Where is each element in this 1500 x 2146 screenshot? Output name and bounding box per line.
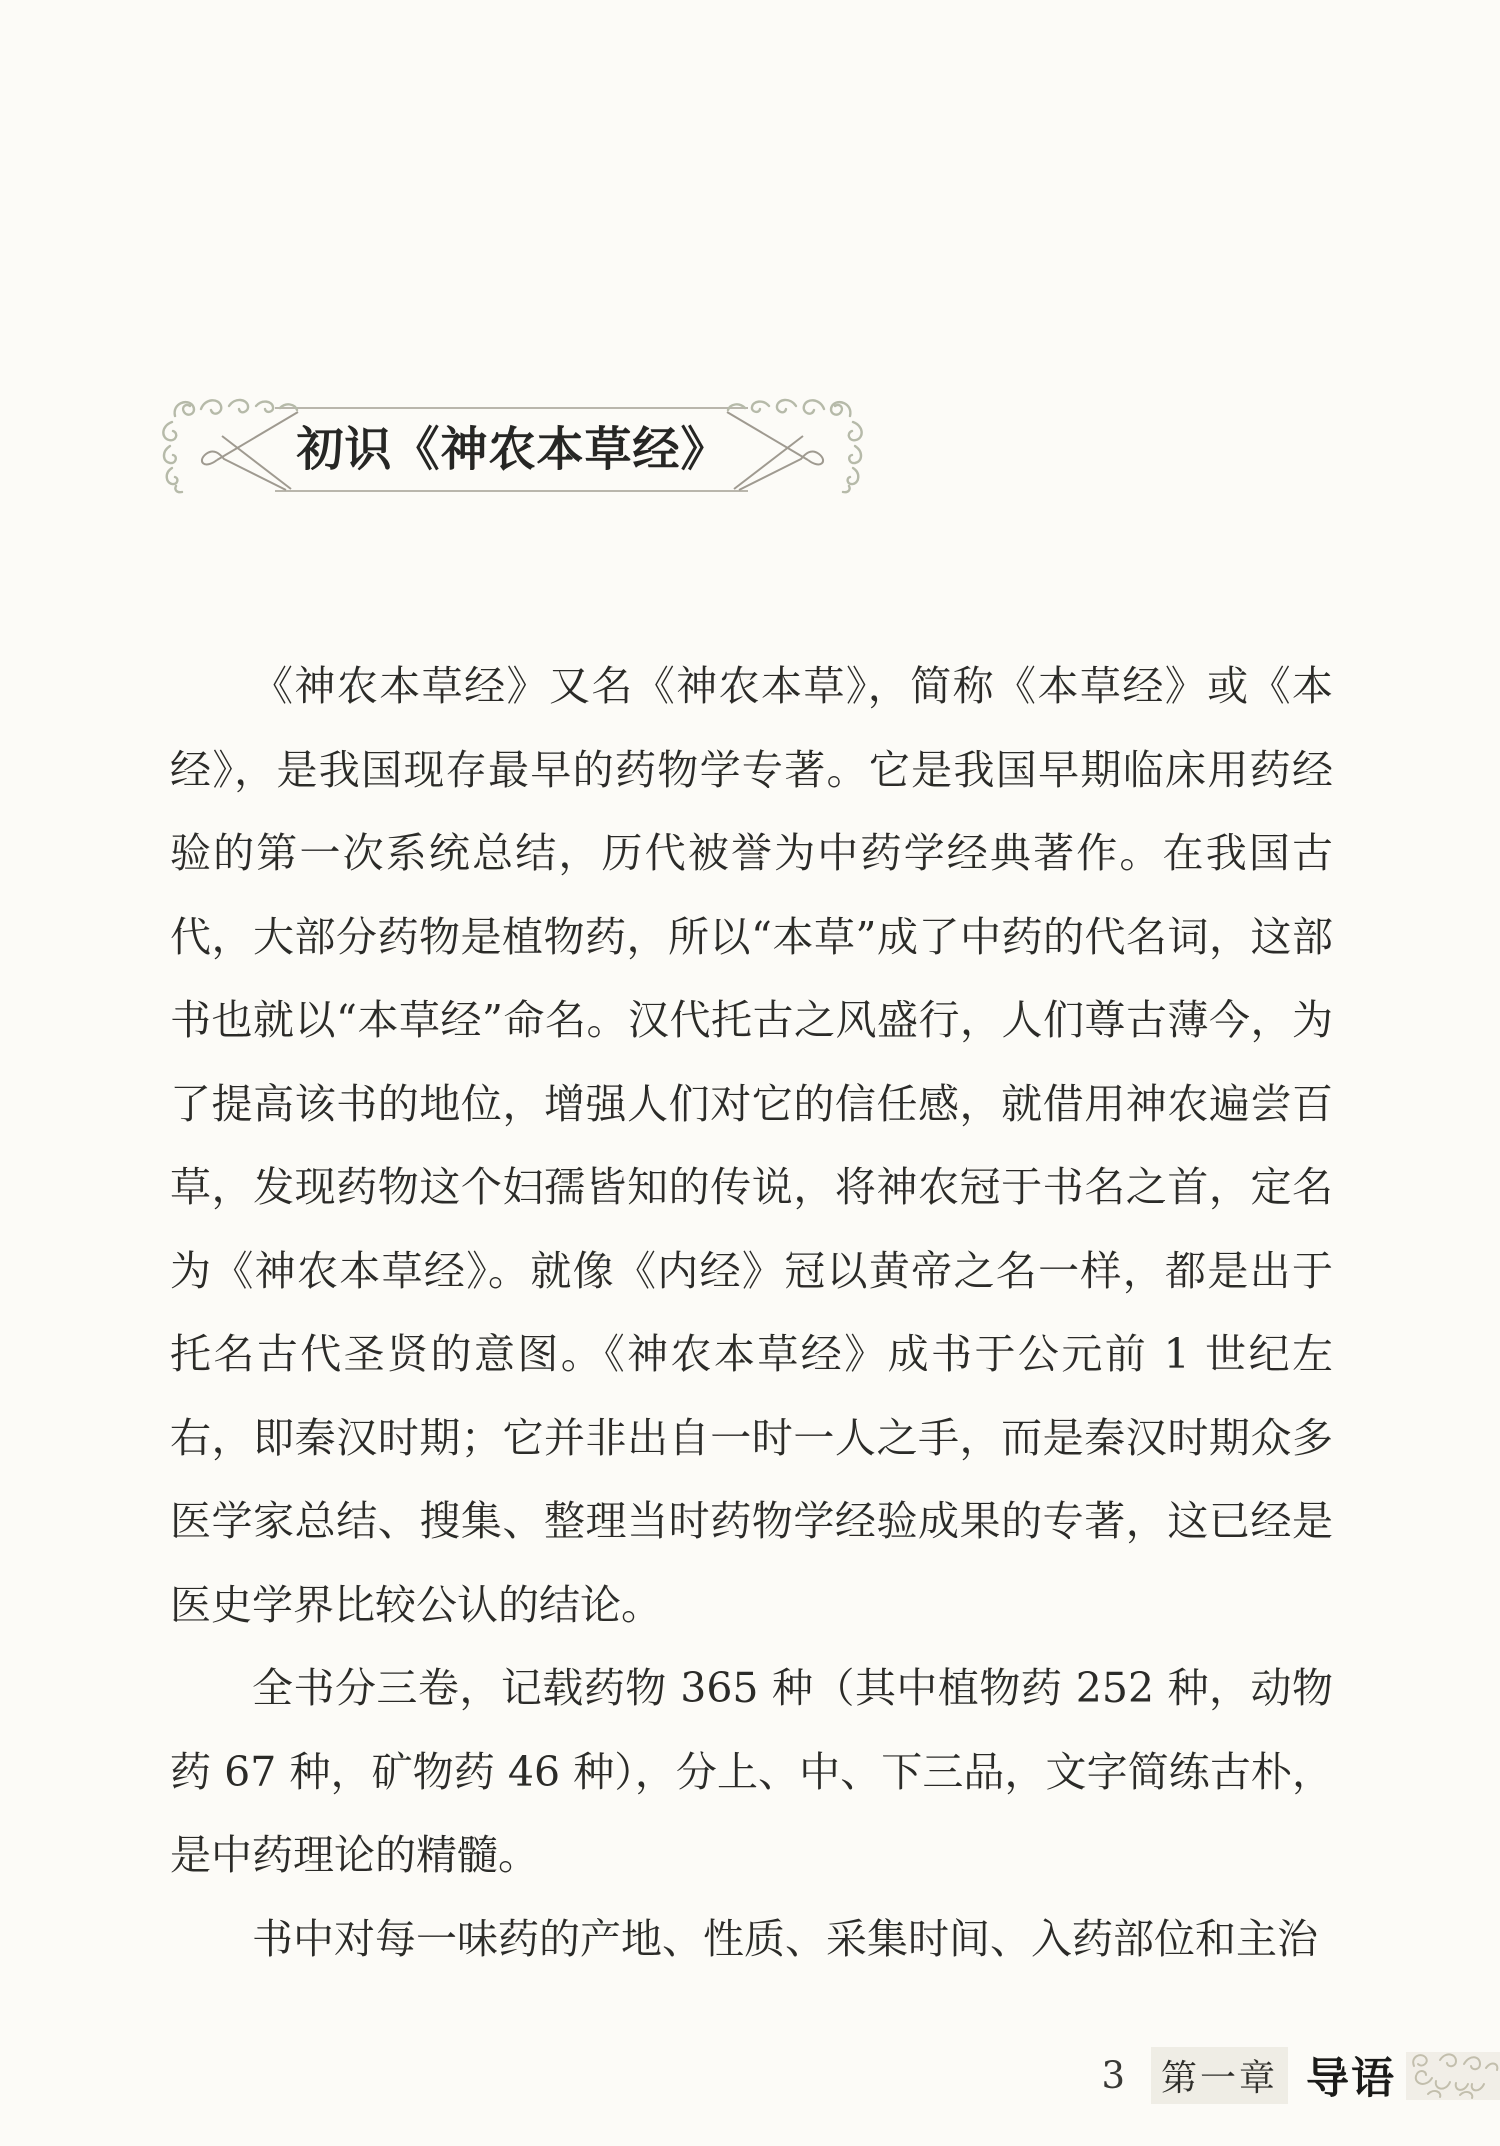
page-number: 3	[1101, 2054, 1125, 2097]
paragraph-3: 书中对每一味药的产地、性质、采集时间、入药部位和主治	[170, 1898, 1333, 1982]
section-label: 导语	[1306, 2045, 1396, 2106]
page-footer: 3 第一章 导语	[1101, 2044, 1500, 2106]
book-page: 初识《神农本草经》 《神农本草经》又名《神农本草》，简称《本草经》或《本经》，是…	[0, 0, 1500, 2146]
body-text: 《神农本草经》又名《神农本草》，简称《本草经》或《本经》，是我国现存最早的药物学…	[170, 645, 1333, 1981]
chapter-label: 第一章	[1151, 2047, 1288, 2104]
title-banner: 初识《神农本草经》	[165, 400, 860, 495]
banner-hairline-top	[275, 407, 748, 409]
paragraph-1: 《神农本草经》又名《神农本草》，简称《本草经》或《本经》，是我国现存最早的药物学…	[170, 645, 1333, 1647]
paragraph-2: 全书分三卷，记载药物 365 种（其中植物药 252 种，动物药 67 种，矿物…	[170, 1647, 1333, 1898]
page-title: 初识《神农本草经》	[165, 412, 860, 479]
footer-ornament-icon	[1406, 2048, 1500, 2102]
banner-hairline-bottom	[275, 490, 748, 492]
